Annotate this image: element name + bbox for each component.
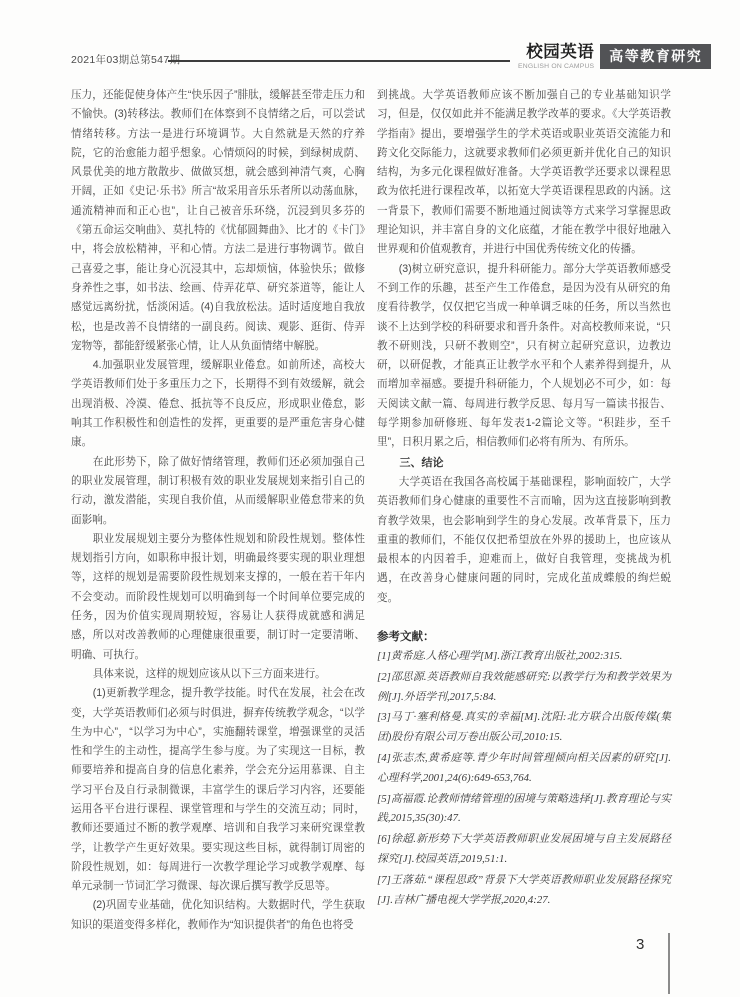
conclusion-paragraph: 大学英语在我国各高校属于基础课程，影响面较广，大学英语教师们身心健康的重要性不言… bbox=[377, 473, 671, 608]
paragraph: (1)更新教学理念，提升教学技能。时代在发展，社会在改变，大学英语教师们必须与时… bbox=[71, 684, 365, 896]
conclusion-heading: 三、结论 bbox=[377, 454, 671, 473]
reference-item: [5]高福霞.论教师情绪管理的困境与策略选择[J].教育理论与实践,2015,3… bbox=[377, 790, 671, 830]
paragraph: (3)树立研究意识，提升科研能力。部分大学英语教师感受不到工作的乐趣，甚至产生工… bbox=[377, 260, 671, 453]
paragraph: (2)巩固专业基础，优化知识结构。大数据时代，学生获取知识的渠道变得多样化，教师… bbox=[71, 896, 365, 935]
reference-item: [3]马丁·塞利格曼.真实的幸福[M].沈阳:北方联合出版传媒(集团)股份有限公… bbox=[377, 708, 671, 748]
paragraph: 在此形势下，除了做好情绪管理，教师们还必须加强自己的职业发展管理，制订积极有效的… bbox=[71, 453, 365, 530]
reference-item: [6]徐超.新形势下大学英语教师职业发展困境与自主发展路径探究[J].校园英语,… bbox=[377, 830, 671, 870]
page-number: 3 bbox=[636, 936, 644, 953]
reference-item: [1]黄希庭.人格心理学[M].浙江教育出版社,2002:315. bbox=[377, 647, 671, 667]
references-heading: 参考文献： bbox=[377, 627, 671, 647]
paragraph: 具体来说，这样的规划应该从以下三方面来进行。 bbox=[71, 665, 365, 684]
paragraph: 压力，还能促使身体产生“快乐因子”腓肽，缓解甚至带走压力和不愉快。(3)转移法。… bbox=[71, 86, 365, 356]
paragraph: 职业发展规划主要分为整体性规划和阶段性规划。整体性规划指引方向，如职称申报计划，… bbox=[71, 530, 365, 665]
journal-brand-names: 校园英语 ENGLISH ON CAMPUS bbox=[518, 44, 594, 70]
page-number-rule bbox=[668, 933, 670, 994]
issue-info: 2021年03期总第547期 bbox=[71, 52, 180, 67]
section-badge: 高等教育研究 bbox=[600, 44, 711, 69]
reference-item: [4]张志杰,黄希庭等.青少年时间管理倾向相关因素的研究[J].心理科学,200… bbox=[377, 749, 671, 789]
journal-page: 2021年03期总第547期 校园英语 ENGLISH ON CAMPUS 高等… bbox=[0, 0, 740, 997]
header-rule bbox=[168, 60, 510, 62]
reference-item: [7]王落茹.“课程思政”背景下大学英语教师职业发展路径探究[J].吉林广播电视… bbox=[377, 871, 671, 911]
reference-item: [2]邵思源.英语教师自我效能感研究:以教学行为和教学效果为例[J].外语学刊,… bbox=[377, 668, 671, 708]
left-column: 压力，还能促使身体产生“快乐因子”腓肽，缓解甚至带走压力和不愉快。(3)转移法。… bbox=[71, 86, 365, 935]
article-body: 压力，还能促使身体产生“快乐因子”腓肽，缓解甚至带走压力和不愉快。(3)转移法。… bbox=[71, 86, 671, 935]
journal-brand: 校园英语 ENGLISH ON CAMPUS 高等教育研究 bbox=[518, 44, 711, 70]
journal-title: 校园英语 bbox=[526, 44, 594, 61]
paragraph: 4.加强职业发展管理，缓解职业倦怠。如前所述，高校大学英语教师们处于多重压力之下… bbox=[71, 356, 365, 452]
journal-title-en: ENGLISH ON CAMPUS bbox=[518, 63, 594, 70]
paragraph: 到挑战。大学英语教师应该不断加强自己的专业基础知识学习，但是，仅仅如此并不能满足… bbox=[377, 86, 671, 260]
right-column: 到挑战。大学英语教师应该不断加强自己的专业基础知识学习，但是，仅仅如此并不能满足… bbox=[377, 86, 671, 935]
